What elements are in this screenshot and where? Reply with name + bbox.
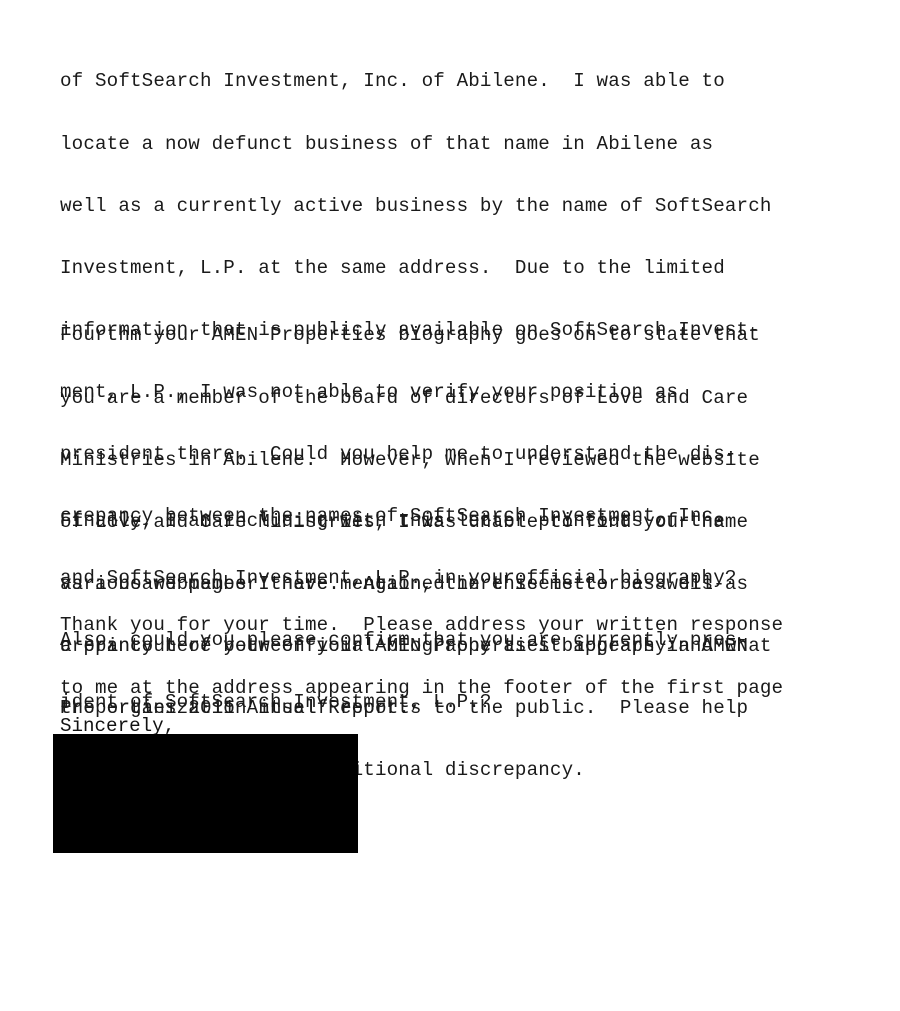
text-line: to me at the address appearing in the fo… — [60, 678, 783, 699]
text-line: locate a now defunct business of that na… — [60, 134, 772, 155]
text-line: you are a member of the board of directo… — [60, 388, 772, 409]
text-line: of SoftSearch Investment, Inc. of Abilen… — [60, 71, 772, 92]
text-line: Fourthm your AMEN Properties biography g… — [60, 325, 772, 346]
text-line: well as a currently active business by t… — [60, 196, 772, 217]
letter-page: of SoftSearch Investment, Inc. of Abilen… — [0, 0, 900, 1011]
signature-redaction-box — [53, 734, 358, 853]
text-line: Thank you for your time. Please address … — [60, 615, 783, 636]
text-line: Ministries in Abilene. However, when I r… — [60, 450, 772, 471]
text-line: Finally, I am including with this letter… — [60, 511, 748, 532]
text-line: Investment, L.P. at the same address. Du… — [60, 258, 772, 279]
